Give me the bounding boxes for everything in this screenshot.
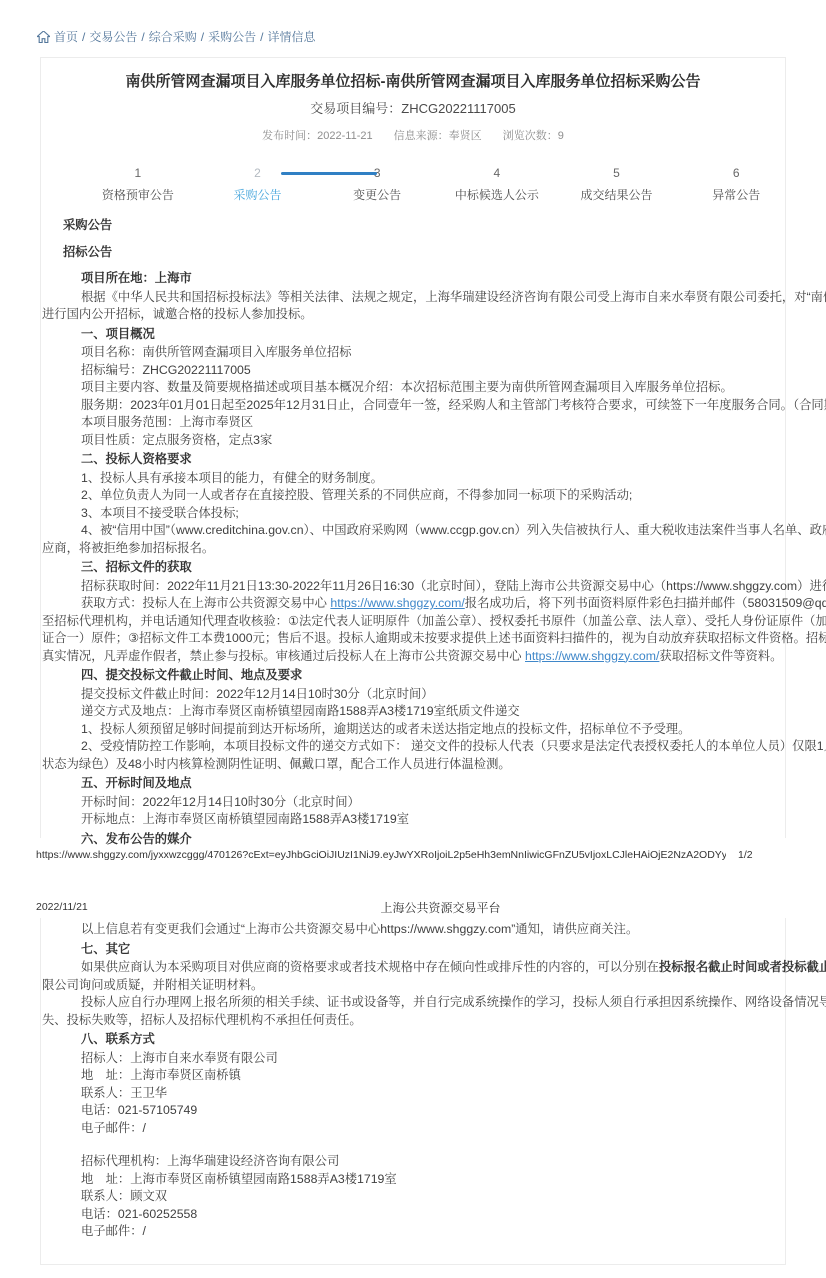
project-nature: 项目性质：定点服务资格，定点3家 xyxy=(41,432,785,450)
section-6-heading: 六、发布公告的媒介 xyxy=(41,831,785,849)
section-caigougonggao: 采购公告 xyxy=(41,217,785,235)
print-footer: https://www.shggzy.com/jyxxwzcggg/470126… xyxy=(36,849,792,861)
project-scope: 项目主要内容、数量及简要规格描述或项目基本概况介绍：本次招标范围主要为南供所管网… xyxy=(41,379,785,397)
text-run: 招标公告 xyxy=(63,245,112,259)
obtain-method: 真实情况，凡弄虚作假者，禁止参与投标。审核通过后投标人在上海市公共资源交易中心 … xyxy=(41,648,785,666)
section-zhaobiaogonggao: 招标公告 xyxy=(41,244,785,262)
open-place: 开标地点：上海市奉贤区南桥镇望园南路1588弄A3楼1719室 xyxy=(41,811,785,829)
obtain-method: 证合一）原件；③招标文件工本费1000元；售后不退。投标人逾期或未按要求提供上述… xyxy=(41,630,785,648)
announcement-page-2: 以上信息若有变更我们会通过“上海市公共资源交易中心https://www.shg… xyxy=(40,918,786,1265)
agency-email: 电子邮件：/ xyxy=(41,1223,785,1241)
step-label: 异常公告 xyxy=(676,187,796,203)
text-run: 二、投标人资格要求 xyxy=(81,452,192,466)
text-run: 三、招标文件的获取 xyxy=(81,560,192,574)
text-run: 证合一）原件；③招标文件工本费1000元；售后不退。投标人逾期或未按要求提供上述… xyxy=(42,631,826,645)
text-run: 四、提交投标文件截止时间、地点及要求 xyxy=(81,668,302,682)
breadcrumb-separator: / xyxy=(141,30,144,44)
section-4-heading: 四、提交投标文件截止时间、地点及要求 xyxy=(41,667,785,685)
submit-note: 状态为绿色）及48小时内核算检测阴性证明、佩戴口罩，配合工作人员进行体温检测。 xyxy=(41,756,785,774)
text-run: 投标人应自行办理网上报名所须的相关手续、证书或设备等，并自行完成系统操作的学习，… xyxy=(81,995,826,1009)
text-run: 一、项目概况 xyxy=(81,327,155,341)
text-run: 限公司询问或质疑，并附相关证明材料。 xyxy=(42,978,263,992)
print-header-date: 2022/11/21 xyxy=(36,901,88,913)
text-run: 招标获取时间：2022年11月21日13:30-2022年11月26日16:30… xyxy=(81,579,826,593)
text-run: 服务期：2023年01月01日起至2025年12月31日止，合同壹年一签，经采购… xyxy=(81,398,826,412)
submit-note: 2、受疫情防控工作影响，本项目投标文件的递交方式如下： 递交文件的投标人代表（只… xyxy=(41,738,785,756)
obtain-method: 获取方式：投标人在上海市公共资源交易中心 https://www.shggzy.… xyxy=(41,595,785,613)
tender-number: 招标编号：ZHCG20221117005 xyxy=(41,362,785,380)
announcement-page-1: 南供所管网查漏项目入库服务单位招标-南供所管网查漏项目入库服务单位招标采购公告 … xyxy=(40,57,786,838)
text-run: 如果供应商认为本采购项目对供应商的资格要求或者技术规格中存在倾向性或排斥性的内容… xyxy=(81,960,659,974)
service-area: 本项目服务范围：上海市奉贤区 xyxy=(41,414,785,432)
text-run: 4、被“信用中国”（www.creditchina.gov.cn）、中国政府采购… xyxy=(81,523,826,537)
text-run: 联系人：王卫华 xyxy=(81,1086,167,1100)
text-run: 项目名称：南供所管网查漏项目入库服务单位招标 xyxy=(81,345,352,359)
text-run: 地 址：上海市奉贤区南桥镇望园南路1588弄A3楼1719室 xyxy=(81,1172,397,1186)
text-run: 本项目服务范围：上海市奉贤区 xyxy=(81,415,253,429)
spacer xyxy=(41,1137,785,1153)
text-run: 电话：021-60252558 xyxy=(81,1207,197,1221)
section-8-heading: 八、联系方式 xyxy=(41,1031,785,1049)
home-icon[interactable] xyxy=(37,31,50,46)
step-4-item[interactable]: 4中标候选人公示 xyxy=(437,165,557,203)
service-period: 服务期：2023年01月01日起至2025年12月31日止，合同壹年一签，经采购… xyxy=(41,397,785,415)
change-notice: 以上信息若有变更我们会通过“上海市公共资源交易中心https://www.shg… xyxy=(41,921,785,939)
text-run: 开标地点：上海市奉贤区南桥镇望园南路1588弄A3楼1719室 xyxy=(81,812,409,826)
text-run: 获取方式：投标人在上海市公共资源交易中心 xyxy=(81,596,330,610)
agency-phone: 电话：021-60252558 xyxy=(41,1206,785,1224)
inline-link[interactable]: https://www.shggzy.com/ xyxy=(525,649,659,663)
text-run: 招标编号：ZHCG20221117005 xyxy=(81,363,251,377)
print-header-title: 上海公共资源交易平台 xyxy=(91,899,790,916)
agency-name: 招标代理机构：上海华瑞建设经济咨询有限公司 xyxy=(41,1153,785,1171)
text-run: 失、投标失败等，招标人及招标代理机构不承担任何责任。 xyxy=(42,1013,362,1027)
text-run: 1、投标人具有承接本项目的能力，有健全的财务制度。 xyxy=(81,471,383,485)
intro-paragraph: 根据《中华人民共和国招标投标法》等相关法律、法规之规定，上海华瑞建设经济咨询有限… xyxy=(41,289,785,307)
text-run: 项目性质：定点服务资格，定点3家 xyxy=(81,433,272,447)
section-3-heading: 三、招标文件的获取 xyxy=(41,559,785,577)
text-run: 至招标代理机构，并电话通知代理查收核验：①法定代表人证明原件（加盖公章）、授权委… xyxy=(42,614,826,628)
text-run: 七、其它 xyxy=(81,942,130,956)
intro-paragraph: 进行国内公开招标，诚邀合格的投标人参加投标。 xyxy=(41,306,785,324)
submit-deadline: 提交投标文件截止时间：2022年12月14日10时30分（北京时间） xyxy=(41,686,785,704)
other-clause: 投标人应自行办理网上报名所须的相关手续、证书或设备等，并自行完成系统操作的学习，… xyxy=(41,994,785,1012)
step-2-active[interactable]: 2采购公告 xyxy=(198,165,318,203)
qualification-item: 3、本项目不接受联合体投标; xyxy=(41,505,785,523)
progress-steps: 1资格预审公告2采购公告3变更公告4中标候选人公示5成交结果公告6异常公告 xyxy=(78,165,796,203)
breadcrumb-item-1[interactable]: 首页 xyxy=(54,30,78,44)
breadcrumb-item-5[interactable]: 详情信息 xyxy=(267,30,315,44)
step-6-item[interactable]: 6异常公告 xyxy=(676,165,796,203)
section-2-heading: 二、投标人资格要求 xyxy=(41,451,785,469)
text-run: 六、发布公告的媒介 xyxy=(81,832,192,846)
submit-place: 递交方式及地点：上海市奉贤区南桥镇望园南路1588弄A3楼1719室纸质文件递交 xyxy=(41,703,785,721)
tenderer-phone: 电话：021-57105749 xyxy=(41,1102,785,1120)
text-run: 以上信息若有变更我们会通过“上海市公共资源交易中心https://www.shg… xyxy=(81,922,638,936)
project-number-line: 交易项目编号：ZHCG20221117005 xyxy=(41,100,785,117)
agency-address: 地 址：上海市奉贤区南桥镇望园南路1588弄A3楼1719室 xyxy=(41,1171,785,1189)
breadcrumb-item-3[interactable]: 综合采购 xyxy=(149,30,197,44)
meta-row: 发布时间：2022-11-21 信息来源：奉贤区 浏览次数：9 xyxy=(41,129,785,144)
text-run: 八、联系方式 xyxy=(81,1032,155,1046)
text-run: 开标时间：2022年12月14日10时30分（北京时间） xyxy=(81,795,360,809)
tenderer-email: 电子邮件：/ xyxy=(41,1120,785,1138)
text-run: 递交方式及地点：上海市奉贤区南桥镇望园南路1588弄A3楼1719室纸质文件递交 xyxy=(81,704,520,718)
step-number: 4 xyxy=(437,165,557,181)
breadcrumb-separator: / xyxy=(201,30,204,44)
view-count: 浏览次数：9 xyxy=(503,130,564,142)
text-run: 报名成功后，将下列书面资料原件彩色扫描并邮件（58031509@qq.com，邮… xyxy=(465,596,826,610)
step-label: 中标候选人公示 xyxy=(437,187,557,203)
print-page-number: 1/2 xyxy=(738,849,753,861)
step-label: 资格预审公告 xyxy=(78,187,198,203)
text-run: 电子邮件：/ xyxy=(81,1224,146,1238)
text-run: 电话：021-57105749 xyxy=(81,1103,197,1117)
text-run: 招标人：上海市自来水奉贤有限公司 xyxy=(81,1051,278,1065)
other-clause: 如果供应商认为本采购项目对供应商的资格要求或者技术规格中存在倾向性或排斥性的内容… xyxy=(41,959,785,977)
step-1-item[interactable]: 1资格预审公告 xyxy=(78,165,198,203)
text-run: 2、受疫情防控工作影响，本项目投标文件的递交方式如下： 递交文件的投标人代表（只… xyxy=(81,739,826,753)
qualification-item: 1、投标人具有承接本项目的能力，有健全的财务制度。 xyxy=(41,470,785,488)
text-run: 获取招标文件等资料。 xyxy=(659,649,782,663)
info-source: 信息来源：奉贤区 xyxy=(394,130,482,142)
other-clause: 失、投标失败等，招标人及招标代理机构不承担任何责任。 xyxy=(41,1012,785,1030)
qualification-item: 2、单位负责人为同一人或者存在直接控股、管理关系的不同供应商，不得参加同一标项下… xyxy=(41,487,785,505)
submit-note: 1、投标人须预留足够时间提前到达开标场所，逾期送达的或者未送达指定地点的投标文件… xyxy=(41,721,785,739)
qualification-item: 4、被“信用中国”（www.creditchina.gov.cn）、中国政府采购… xyxy=(41,522,785,540)
step-number: 6 xyxy=(676,165,796,181)
text-run: 3、本项目不接受联合体投标; xyxy=(81,506,239,520)
breadcrumb-separator: / xyxy=(82,30,85,44)
text-run: 根据《中华人民共和国招标投标法》等相关法律、法规之规定，上海华瑞建设经济咨询有限… xyxy=(81,290,826,304)
project-number-value: ZHCG20221117005 xyxy=(401,101,515,116)
inline-link[interactable]: https://www.shggzy.com/ xyxy=(330,596,464,610)
tenderer-address: 地 址：上海市奉贤区南桥镇 xyxy=(41,1067,785,1085)
step-label: 采购公告 xyxy=(198,187,318,203)
other-clause: 限公司询问或质疑，并附相关证明材料。 xyxy=(41,977,785,995)
obtain-method: 至招标代理机构，并电话通知代理查收核验：①法定代表人证明原件（加盖公章）、授权委… xyxy=(41,613,785,631)
text-run: 五、开标时间及地点 xyxy=(81,776,192,790)
obtain-time: 招标获取时间：2022年11月21日13:30-2022年11月26日16:30… xyxy=(41,578,785,596)
step-number: 1 xyxy=(78,165,198,181)
text-run: 应商，将被拒绝参加招标报名。 xyxy=(42,541,214,555)
text-run: 2、单位负责人为同一人或者存在直接控股、管理关系的不同供应商，不得参加同一标项下… xyxy=(81,488,632,502)
text-run: 项目所在地：上海市 xyxy=(81,271,192,285)
section-7-heading: 七、其它 xyxy=(41,941,785,959)
breadcrumb-item-4[interactable]: 采购公告 xyxy=(208,30,256,44)
breadcrumb-item-2[interactable]: 交易公告 xyxy=(89,30,137,44)
project-location: 项目所在地：上海市 xyxy=(41,270,785,288)
section-1-heading: 一、项目概况 xyxy=(41,326,785,344)
open-time: 开标时间：2022年12月14日10时30分（北京时间） xyxy=(41,794,785,812)
step-number: 5 xyxy=(557,165,677,181)
step-label: 成交结果公告 xyxy=(557,187,677,203)
text-run: 电子邮件：/ xyxy=(81,1121,146,1135)
text-run: 采购公告 xyxy=(63,218,112,232)
text-run: 真实情况，凡弄虚作假者，禁止参与投标。审核通过后投标人在上海市公共资源交易中心 xyxy=(42,649,525,663)
text-run: 联系人：顾文双 xyxy=(81,1189,167,1203)
announcement-body: 采购公告招标公告项目所在地：上海市根据《中华人民共和国招标投标法》等相关法律、法… xyxy=(41,217,785,848)
section-5-heading: 五、开标时间及地点 xyxy=(41,775,785,793)
step-label: 变更公告 xyxy=(317,187,437,203)
text-run: 项目主要内容、数量及简要规格描述或项目基本概况介绍：本次招标范围主要为南供所管网… xyxy=(81,380,733,394)
text-run: 1、投标人须预留足够时间提前到达开标场所，逾期送达的或者未送达指定地点的投标文件… xyxy=(81,722,690,736)
qualification-item: 应商，将被拒绝参加招标报名。 xyxy=(41,540,785,558)
step-3-item[interactable]: 3变更公告 xyxy=(317,165,437,203)
breadcrumb-separator: / xyxy=(260,30,263,44)
progress-connector xyxy=(281,172,377,175)
text-run: 地 址：上海市奉贤区南桥镇 xyxy=(81,1068,241,1082)
tenderer-name: 招标人：上海市自来水奉贤有限公司 xyxy=(41,1050,785,1068)
tenderer-contact: 联系人：王卫华 xyxy=(41,1085,785,1103)
agency-contact: 联系人：顾文双 xyxy=(41,1188,785,1206)
emphasis-text: 投标报名截止时间或者投标截止时间之前 xyxy=(659,960,826,974)
step-5-item[interactable]: 5成交结果公告 xyxy=(557,165,677,203)
page-title: 南供所管网查漏项目入库服务单位招标-南供所管网查漏项目入库服务单位招标采购公告 xyxy=(51,71,775,92)
breadcrumb: 首页/交易公告/综合采购/采购公告/详情信息 xyxy=(37,28,315,46)
text-run: 提交投标文件截止时间：2022年12月14日10时30分（北京时间） xyxy=(81,687,434,701)
publish-time: 发布时间：2022-11-21 xyxy=(262,130,372,142)
announcement-body-continued: 以上信息若有变更我们会通过“上海市公共资源交易中心https://www.shg… xyxy=(41,921,785,1241)
project-name: 项目名称：南供所管网查漏项目入库服务单位招标 xyxy=(41,344,785,362)
text-run: 招标代理机构：上海华瑞建设经济咨询有限公司 xyxy=(81,1154,339,1168)
print-header-page2: 2022/11/21 上海公共资源交易平台 xyxy=(36,899,790,915)
print-footer-url: https://www.shggzy.com/jyxxwzcggg/470126… xyxy=(36,849,726,861)
project-number-label: 交易项目编号： xyxy=(310,101,401,116)
text-run: 状态为绿色）及48小时内核算检测阴性证明、佩戴口罩，配合工作人员进行体温检测。 xyxy=(42,757,511,771)
text-run: 进行国内公开招标，诚邀合格的投标人参加投标。 xyxy=(42,307,313,321)
